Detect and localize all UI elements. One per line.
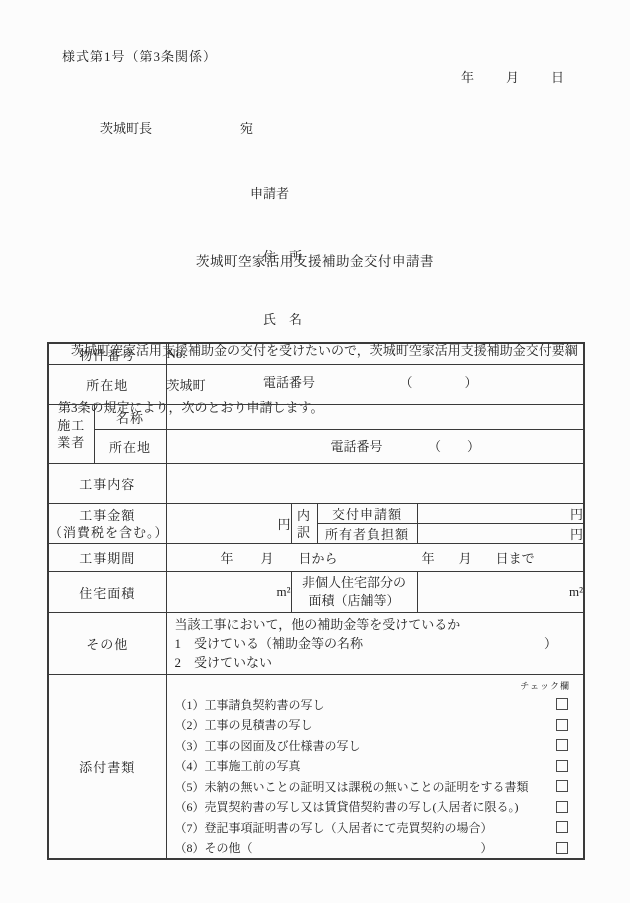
house-area-label: 住宅面積 — [48, 572, 166, 613]
addressee-suffix: 宛 — [240, 121, 253, 136]
form-number: 様式第1号（第3条関係） — [62, 46, 217, 65]
period-year-from: 年 — [221, 548, 234, 567]
other-option-2[interactable]: 2 受けていない — [175, 653, 576, 672]
attachment-item-3-text: （3）工事の図面及び仕様書の写し — [175, 737, 361, 754]
contractor-address-label: 所在地 — [94, 430, 166, 464]
attachment-item-1: （1）工事請負契約書の写し — [175, 694, 572, 715]
attachment-item-8: （8）その他（ ） — [175, 838, 572, 859]
application-table: 物件番号 No. 所在地 茨城町 施工 業者 名称 所在地 電話番号 （ ） — [47, 342, 585, 860]
attachment-item-8-text: （8）その他（ ） — [175, 839, 493, 856]
house-area-field[interactable]: m² — [166, 572, 291, 613]
grant-request-label: 交付申請額 — [317, 504, 417, 524]
contractor-name-field[interactable] — [166, 405, 584, 430]
attachment-item-3: （3）工事の図面及び仕様書の写し — [175, 735, 572, 756]
other-field: 当該工事において，他の補助金等を受けているか 1 受けている（補助金等の名称 ）… — [166, 613, 584, 675]
attachment-item-2-text: （2）工事の見積書の写し — [175, 716, 313, 733]
attachment-item-6-text: （6）売買契約書の写し又は賃貸借契約書の写し(入居者に限る。) — [175, 798, 519, 815]
location-label: 所在地 — [48, 365, 166, 405]
period-day-to: 日まで — [496, 548, 535, 567]
property-number-label: 物件番号 — [48, 343, 166, 365]
attachments-field: チェック欄 （1）工事請負契約書の写し （2）工事の見積書の写し （3）工事の図… — [166, 675, 584, 860]
work-period-label: 工事期間 — [48, 544, 166, 572]
attachment-item-4: （4）工事施工前の写真 — [175, 756, 572, 777]
grant-request-amount-field[interactable]: 円 — [417, 504, 584, 524]
breakdown-label-line1: 内 — [292, 507, 317, 524]
breakdown-label: 内 訳 — [291, 504, 317, 544]
non-residential-area-field[interactable]: m² — [417, 572, 584, 613]
location-field[interactable]: 茨城町 — [166, 365, 584, 405]
attachment-item-2: （2）工事の見積書の写し — [175, 715, 572, 736]
attachment-item-5-text: （5）未納の無いことの証明又は課税の無いことの証明をする書類 — [175, 778, 529, 795]
contractor-label: 施工 業者 — [48, 405, 94, 464]
period-month-to: 月 — [459, 548, 472, 567]
work-content-label: 工事内容 — [48, 464, 166, 504]
period-month-from: 月 — [261, 548, 274, 567]
addressee-name: 茨城町長 — [100, 121, 152, 136]
work-cost-label: 工事金額 （消費税を含む。） — [48, 504, 166, 544]
contractor-label-line2: 業者 — [49, 434, 94, 451]
work-period-field[interactable]: 年月日から年月日まで — [166, 544, 584, 572]
attachment-checkbox-8[interactable] — [556, 842, 568, 854]
period-year-to: 年 — [422, 548, 435, 567]
other-option-1[interactable]: 1 受けている（補助金等の名称 ） — [175, 634, 576, 653]
other-question: 当該工事において，他の補助金等を受けているか — [175, 615, 576, 634]
work-cost-label-line2: （消費税を含む。） — [49, 524, 166, 541]
attachments-label: 添付書類 — [48, 675, 166, 860]
page-title: 茨城町空家活用支援補助金交付申請書 — [0, 250, 630, 270]
contractor-phone-field[interactable]: 電話番号 （ ） — [167, 436, 584, 458]
other-label: その他 — [48, 613, 166, 675]
applicant-label: 申請者 — [250, 183, 478, 204]
non-residential-area-label-line1: 非個人住宅部分の — [292, 574, 417, 592]
period-day-from: 日から — [299, 548, 338, 567]
work-cost-amount-field[interactable]: 円 — [166, 504, 291, 544]
non-residential-area-label: 非個人住宅部分の 面積（店舗等） — [291, 572, 417, 613]
breakdown-label-line2: 訳 — [292, 524, 317, 541]
property-number-field[interactable]: No. — [166, 343, 584, 365]
owner-burden-label: 所有者負担額 — [317, 524, 417, 544]
attachment-item-7: （7）登記事項証明書の写し（入居者にて売買契約の場合） — [175, 817, 572, 838]
date-field[interactable]: 年 月 日 — [461, 67, 566, 86]
contractor-label-line1: 施工 — [49, 417, 94, 434]
attachment-checkbox-3[interactable] — [556, 739, 568, 751]
other-option-1-text: 1 受けている（補助金等の名称 — [175, 634, 364, 653]
contractor-name-label: 名称 — [94, 405, 166, 430]
contractor-address-field[interactable]: 電話番号 （ ） — [166, 430, 584, 464]
attachment-checkbox-2[interactable] — [556, 719, 568, 731]
work-content-field[interactable] — [166, 464, 584, 504]
attachment-item-1-text: （1）工事請負契約書の写し — [175, 696, 325, 713]
addressee-line: 茨城町長宛 — [87, 102, 253, 153]
attachment-item-6: （6）売買契約書の写し又は賃貸借契約書の写し(入居者に限る。) — [175, 797, 572, 818]
attachment-checkbox-4[interactable] — [556, 760, 568, 772]
work-cost-label-line1: 工事金額 — [49, 507, 166, 524]
attachment-item-5: （5）未納の無いことの証明又は課税の無いことの証明をする書類 — [175, 776, 572, 797]
non-residential-area-label-line2: 面積（店舗等） — [292, 592, 417, 610]
owner-burden-amount-field[interactable]: 円 — [417, 524, 584, 544]
attachment-item-4-text: （4）工事施工前の写真 — [175, 757, 301, 774]
check-column-header: チェック欄 — [175, 679, 572, 694]
other-option-1-paren: ） — [544, 634, 557, 653]
attachment-checkbox-7[interactable] — [556, 821, 568, 833]
attachment-checkbox-1[interactable] — [556, 698, 568, 710]
application-form-page: 様式第1号（第3条関係） 年 月 日 茨城町長宛 申請者 住 所 氏 名 電話番… — [0, 0, 630, 903]
attachment-item-7-text: （7）登記事項証明書の写し（入居者にて売買契約の場合） — [175, 819, 493, 836]
attachment-checkbox-6[interactable] — [556, 801, 568, 813]
attachment-checkbox-5[interactable] — [556, 780, 568, 792]
